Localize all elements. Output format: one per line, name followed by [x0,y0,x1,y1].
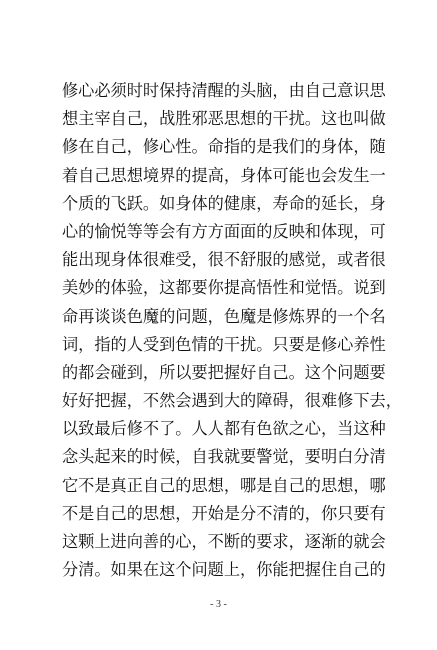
text-line: 想主宰自己，战胜邪恶思想的干扰。这也叫做 [62,108,372,136]
text-line: 它不是真正自己的思想，哪是自己的思想，哪 [62,475,372,503]
body-paragraph: 修心必须时时保持清醒的头脑，由自己意识思 想主宰自己，战胜邪恶思想的干扰。这也叫… [62,80,380,587]
text-line: 不是自己的思想，开始是分不清的，你只要有 [62,503,372,531]
text-line: 个质的飞跃。如身体的健康，寿命的延长，身 [62,193,372,221]
document-page: 修心必须时时保持清醒的头脑，由自己意识思 想主宰自己，战胜邪恶思想的干扰。这也叫… [0,0,437,650]
text-line: 好好把握，不然会遇到大的障碍，很难修下去， [62,390,372,418]
text-line: 这颗上进向善的心，不断的要求，逐渐的就会 [62,531,372,559]
text-line: 词，指的人受到色情的干扰。只要是修心养性 [62,334,372,362]
text-line: 美妙的体验，这都要你提高悟性和觉悟。说到 [62,277,372,305]
text-line: 分清。如果在这个问题上，你能把握住自己的 [62,559,372,587]
text-line: 心的愉悦等等会有方方面面的反映和体现，可 [62,221,372,249]
text-line: 修心必须时时保持清醒的头脑，由自己意识思 [62,80,372,108]
text-line: 着自己思想境界的提高，身体可能也会发生一 [62,165,372,193]
page-number: - 3 - [0,599,437,611]
text-line: 修在自己，修心性。命指的是我们的身体，随 [62,136,372,164]
text-line: 念头起来的时候，自我就要警觉，要明白分清 [62,446,372,474]
text-line: 能出现身体很难受，很不舒服的感觉，或者很 [62,249,372,277]
text-line: 命再谈谈色魔的问题，色魔是修炼界的一个名 [62,306,372,334]
text-line: 以致最后修不了。人人都有色欲之心，当这种 [62,418,372,446]
text-line: 的都会碰到，所以要把握好自己。这个问题要 [62,362,372,390]
